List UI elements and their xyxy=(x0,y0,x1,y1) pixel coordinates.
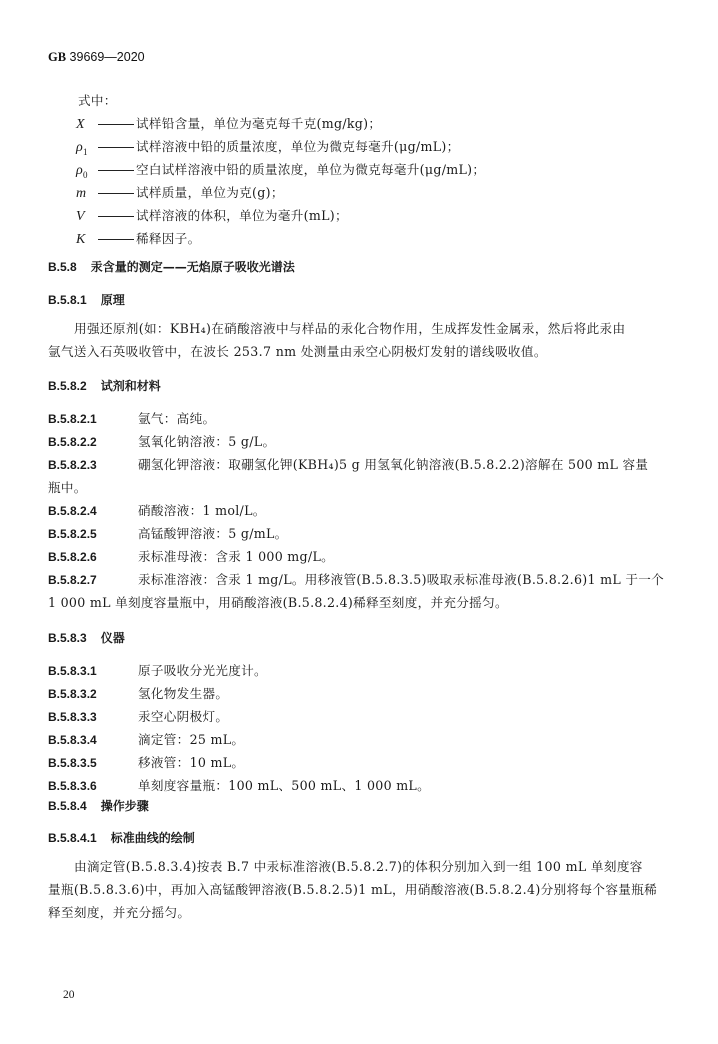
reagent-item: B.5.8.2.5高锰酸钾溶液：5 g/mL。 xyxy=(48,523,288,542)
variable-description: 试样铅含量，单位为毫克每千克(mg/kg)； xyxy=(136,116,381,131)
section-heading-b584: B.5.8.4操作步骤 xyxy=(48,797,149,814)
variable-symbol: V xyxy=(76,209,94,226)
reagent-item-continuation: 1 000 mL 单刻度容量瓶中，用硝酸溶液(B.5.8.2.4)稀释至刻度，并… xyxy=(48,592,508,611)
variable-symbol: X xyxy=(76,117,94,134)
reagent-item: B.5.8.2.7汞标准溶液：含汞 1 mg/L。用移液管(B.5.8.3.5)… xyxy=(48,569,664,588)
instrument-item: B.5.8.3.1原子吸收分光光度计。 xyxy=(48,660,267,679)
standard-number-header: GB 39669—2020 xyxy=(48,50,145,65)
instrument-item: B.5.8.3.6单刻度容量瓶：100 mL、500 mL、1 000 mL。 xyxy=(48,775,430,794)
legend-entry-k: K稀释因子。 xyxy=(76,228,200,249)
reagent-item-continuation: 瓶中。 xyxy=(48,477,87,496)
variable-description: 试样质量，单位为克(g)； xyxy=(136,185,284,200)
legend-entry-rho1: ρ1试样溶液中铅的质量浓度，单位为微克每毫升(μg/mL)； xyxy=(76,136,460,157)
variable-description: 稀释因子。 xyxy=(136,231,200,246)
em-dash xyxy=(98,170,134,171)
page-number: 20 xyxy=(63,989,75,1001)
variable-symbol: ρ0 xyxy=(76,163,94,180)
gb-prefix: GB xyxy=(48,50,66,64)
reagent-item: B.5.8.2.2氢氧化钠溶液：5 g/L。 xyxy=(48,431,275,450)
legend-entry-x: X试样铅含量，单位为毫克每千克(mg/kg)； xyxy=(76,113,381,134)
reagent-item: B.5.8.2.6汞标准母液：含汞 1 000 mg/L。 xyxy=(48,546,334,565)
instrument-item: B.5.8.3.2氢化物发生器。 xyxy=(48,683,228,702)
principle-paragraph-line1: 用强还原剂(如：KBH₄)在硝酸溶液中与样品的汞化合物作用，生成挥发性金属汞，然… xyxy=(48,317,660,340)
procedure-paragraph-line1: 由滴定管(B.5.8.3.4)按表 B.7 中汞标准溶液(B.5.8.2.7)的… xyxy=(48,855,660,878)
em-dash xyxy=(98,216,134,217)
instrument-item: B.5.8.3.5移液管：10 mL。 xyxy=(48,752,244,771)
reagent-item: B.5.8.2.1氩气：高纯。 xyxy=(48,408,215,427)
variable-symbol: ρ1 xyxy=(76,140,94,157)
legend-entry-v: V试样溶液的体积，单位为毫升(mL)； xyxy=(76,205,348,226)
procedure-paragraph-line2: 量瓶(B.5.8.3.6)中，再加入高锰酸钾溶液(B.5.8.2.5)1 mL，… xyxy=(48,878,660,901)
variable-description: 空白试样溶液中铅的质量浓度，单位为微克每毫升(μg/mL)； xyxy=(136,162,485,177)
document-page: GB 39669—2020 式中： X试样铅含量，单位为毫克每千克(mg/kg)… xyxy=(0,0,718,1044)
reagent-item: B.5.8.2.4硝酸溶液：1 mol/L。 xyxy=(48,500,266,519)
variable-description: 试样溶液中铅的质量浓度，单位为微克每毫升(μg/mL)； xyxy=(136,139,460,154)
section-heading-b58: B.5.8汞含量的测定——无焰原子吸收光谱法 xyxy=(48,258,295,275)
variable-description: 试样溶液的体积，单位为毫升(mL)； xyxy=(136,208,348,223)
section-heading-b583: B.5.8.3仪器 xyxy=(48,629,125,646)
procedure-paragraph-line3: 释至刻度，并充分摇匀。 xyxy=(48,901,660,924)
legend-entry-m: m试样质量，单位为克(g)； xyxy=(76,182,284,203)
section-heading-b582: B.5.8.2试剂和材料 xyxy=(48,377,161,394)
variable-symbol: K xyxy=(76,232,94,249)
instrument-item: B.5.8.3.3汞空心阴极灯。 xyxy=(48,706,228,725)
instrument-item: B.5.8.3.4滴定管：25 mL。 xyxy=(48,729,244,748)
em-dash xyxy=(98,239,134,240)
variable-symbol: m xyxy=(76,186,94,203)
em-dash xyxy=(98,124,134,125)
em-dash xyxy=(98,147,134,148)
standard-number: 39669—2020 xyxy=(70,50,145,64)
em-dash xyxy=(98,193,134,194)
reagent-item: B.5.8.2.3硼氢化钾溶液：取硼氢化钾(KBH₄)5 g 用氢氧化钠溶液(B… xyxy=(48,454,648,473)
principle-paragraph-line2: 氩气送入石英吸收管中，在波长 253.7 nm 处测量由汞空心阴极灯发射的谱线吸… xyxy=(48,340,660,363)
section-heading-b5841: B.5.8.4.1标准曲线的绘制 xyxy=(48,829,195,846)
section-heading-b581: B.5.8.1原理 xyxy=(48,291,125,308)
formula-intro: 式中： xyxy=(78,90,117,109)
legend-entry-rho0: ρ0空白试样溶液中铅的质量浓度，单位为微克每毫升(μg/mL)； xyxy=(76,159,485,180)
